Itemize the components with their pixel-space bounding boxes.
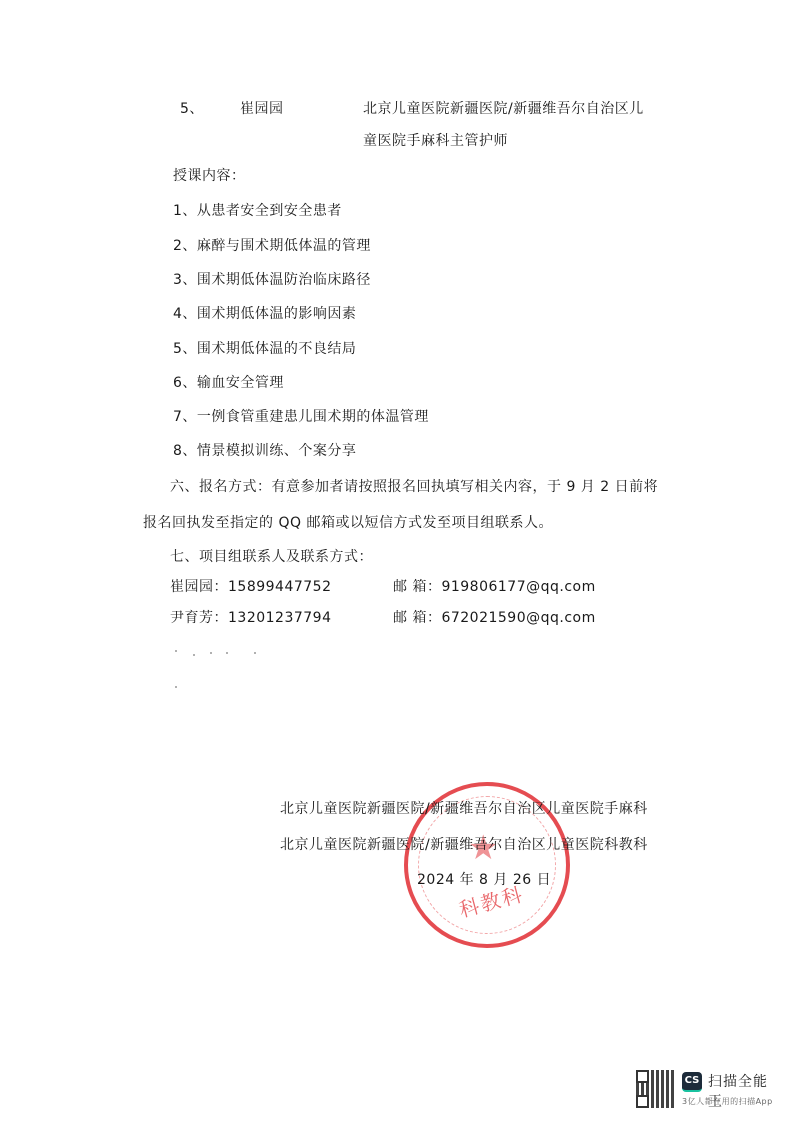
registration-line2: 报名回执发至指定的 QQ 邮箱或以短信方式发至项目组联系人。	[143, 514, 553, 532]
speaker-affiliation-line2: 童医院手麻科主管护师	[363, 132, 508, 150]
scan-speck	[210, 652, 212, 654]
course-item: 1、从患者安全到安全患者	[173, 202, 342, 220]
qr-code-icon	[636, 1070, 674, 1108]
course-item: 7、一例食管重建患儿围术期的体温管理	[173, 408, 429, 426]
contact-email: 邮 箱：672021590@qq.com	[393, 609, 596, 627]
scan-speck	[175, 686, 177, 688]
contact-email: 邮 箱：919806177@qq.com	[393, 578, 596, 596]
speaker-number: 5、	[180, 100, 204, 118]
scanner-watermark: CS 扫描全能王 3亿人都在用的扫描App	[632, 1068, 782, 1112]
scan-speck	[254, 652, 256, 654]
app-tagline: 3亿人都在用的扫描App	[682, 1096, 773, 1107]
course-item: 8、情景模拟训练、个案分享	[173, 442, 356, 460]
contacts-heading: 七、项目组联系人及联系方式：	[170, 548, 373, 566]
speaker-affiliation-line1: 北京儿童医院新疆医院/新疆维吾尔自治区儿	[363, 100, 644, 118]
course-item: 2、麻醉与围术期低体温的管理	[173, 237, 371, 255]
signature-date: 2024 年 8 月 26 日	[417, 871, 551, 889]
camscanner-logo-icon: CS	[682, 1072, 702, 1092]
course-item: 3、围术期低体温防治临床路径	[173, 271, 371, 289]
speaker-name: 崔园园	[240, 100, 284, 118]
course-item: 4、围术期低体温的影响因素	[173, 305, 356, 323]
scan-speck	[226, 652, 228, 654]
contact-name-phone: 尹育芳：13201237794	[170, 609, 331, 627]
signature-org1: 北京儿童医院新疆医院/新疆维吾尔自治区儿童医院手麻科	[280, 800, 648, 818]
course-item: 6、输血安全管理	[173, 374, 284, 392]
contact-name-phone: 崔园园：15899447752	[170, 578, 331, 596]
scan-speck	[193, 654, 195, 656]
course-item: 5、围术期低体温的不良结局	[173, 340, 356, 358]
document-page: 5、 崔园园 北京儿童医院新疆医院/新疆维吾尔自治区儿 童医院手麻科主管护师 授…	[0, 0, 793, 1123]
scan-speck	[175, 650, 177, 652]
signature-org2: 北京儿童医院新疆医院/新疆维吾尔自治区儿童医院科教科	[280, 836, 648, 854]
course-content-heading: 授课内容：	[173, 167, 246, 185]
registration-line1: 六、报名方式：有意参加者请按照报名回执填写相关内容，于 9 月 2 日前将	[170, 478, 658, 496]
